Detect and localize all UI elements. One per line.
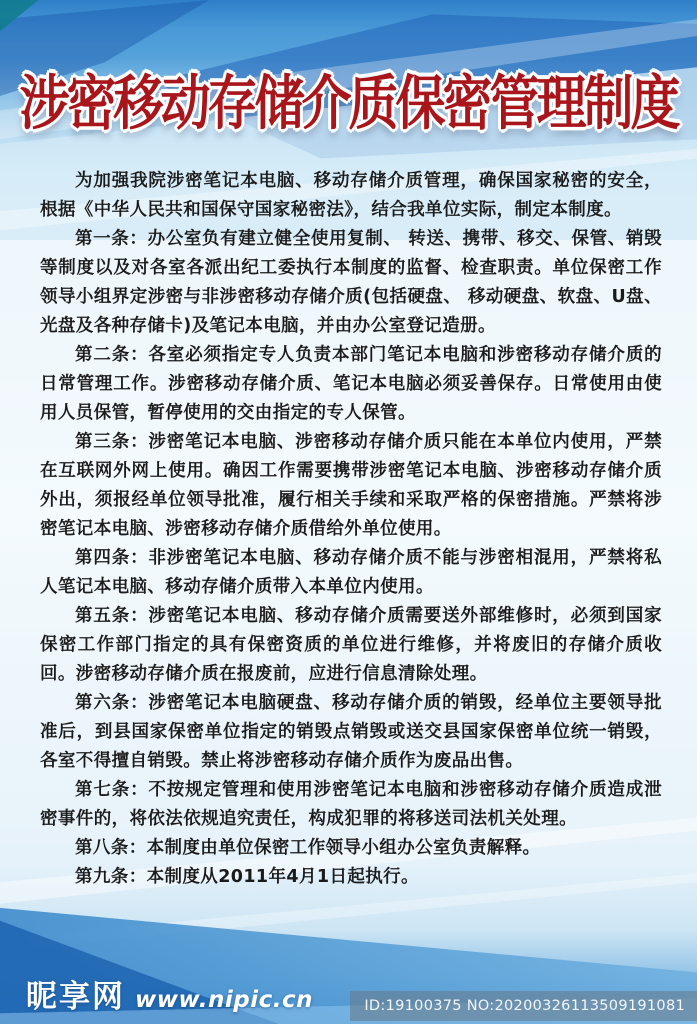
page-title: 涉密移动存储介质保密管理制度 [0, 56, 697, 141]
regulation-body: 为加强我院涉密笔记本电脑、移动存储介质管理，确保国家秘密的安全，根据《中华人民共… [40, 167, 662, 892]
regulation-paragraph-article-7: 第七条：不按规定管理和使用涉密笔记本电脑和涉密移动存储介质造成泄密事件的，将依法… [40, 776, 662, 834]
site-url-text: www.nipic.cn [135, 987, 313, 1013]
image-id-badge: ID:19100375 NO:20200326113509191081 [350, 991, 697, 1021]
regulation-paragraph-article-2: 第二条：各室必须指定专人负责本部门笔记本电脑和涉密移动存储介质的日常管理工作。涉… [40, 341, 662, 428]
regulation-paragraph-article-3: 第三条：涉密笔记本电脑、涉密移动存储介质只能在本单位内使用，严禁在互联网外网上使… [40, 428, 662, 544]
regulation-paragraph-article-9: 第九条：本制度从2011年4月1日起执行。 [40, 863, 662, 892]
regulation-paragraph-article-8: 第八条：本制度由单位保密工作领导小组办公室负责解释。 [40, 834, 662, 863]
regulation-paragraph-article-1: 第一条：办公室负有建立健全使用复制、 转送、携带、移交、保管、销毁等制度以及对各… [40, 225, 662, 341]
watermark-logo: 昵享网 www.nipic.cn [26, 971, 313, 1016]
regulation-paragraph-article-6: 第六条：涉密笔记本电脑硬盘、移动存储介质的销毁，经单位主要领导批准后，到县国家保… [40, 689, 662, 776]
regulation-paragraph-article-5: 第五条：涉密笔记本电脑、移动存储介质需要送外部维修时，必须到国家保密工作部门指定… [40, 602, 662, 689]
site-name-logo: 昵享网 [26, 971, 125, 1016]
regulation-paragraph-article-4: 第四条：非涉密笔记本电脑、移动存储介质不能与涉密相混用，严禁将私人笔记本电脑、移… [40, 544, 662, 602]
regulation-poster: 涉密移动存储介质保密管理制度 为加强我院涉密笔记本电脑、移动存储介质管理，确保国… [0, 0, 697, 1024]
regulation-paragraph-intro: 为加强我院涉密笔记本电脑、移动存储介质管理，确保国家秘密的安全，根据《中华人民共… [40, 167, 662, 225]
